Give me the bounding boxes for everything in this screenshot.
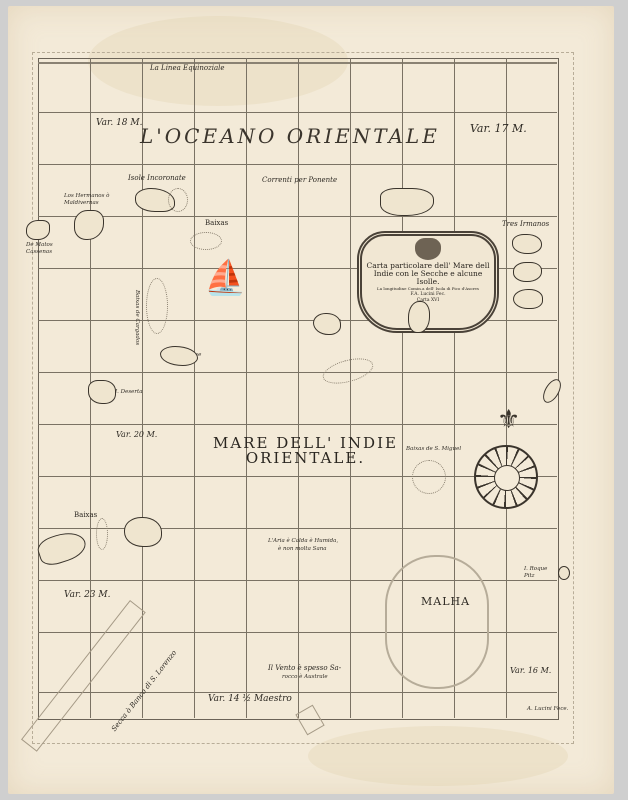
parallel-line — [38, 528, 557, 529]
island-central — [408, 301, 430, 333]
island-cargados — [124, 517, 162, 547]
label-vento: Il Vento è spesso Sa- — [268, 664, 341, 672]
label-aria-calda: L'Aria è Calda è Humida, — [268, 538, 338, 544]
label-vento-2: rocco è Australe — [282, 674, 328, 680]
island-deserta — [88, 380, 116, 404]
ship-icon: ⛵ — [204, 258, 246, 298]
meridian-line — [506, 58, 507, 718]
cartouche-line3: Isolle. — [362, 278, 494, 286]
label-baixas-cargados: Baixas de Cargados — [134, 290, 140, 345]
variation-label: Var. 20 M. — [116, 430, 157, 439]
label-hermanos: Los Hermanos ò Maldivernas — [64, 193, 124, 207]
label-baixas: Baixas — [205, 219, 228, 227]
malha-bank — [385, 555, 489, 689]
label-de-matos: De Matos Cassenas — [26, 242, 62, 256]
engraver-signature: A. Lucini Fece. — [527, 706, 568, 712]
shoal-baixas-left — [96, 518, 108, 550]
label-baixas-s-miguel: Baixas de S. Miguel — [406, 446, 461, 452]
island-tres-irmanos-1 — [512, 234, 542, 254]
compass-rose-icon — [474, 445, 538, 509]
label-deserta: I. Deserta — [115, 389, 143, 395]
sea-name: MARE DELL' INDIE ORIENTALE. — [213, 436, 398, 466]
label-roque-pitz: I. Roque Pitz — [524, 566, 554, 580]
variation-label: Var. 17 M. — [470, 122, 527, 135]
fleur-de-lis-icon: ⚜ — [497, 405, 520, 435]
island-tres-irmanos-3 — [513, 289, 543, 309]
meridian-line — [246, 58, 247, 718]
label-aria-calda-2: è non molta Sana — [278, 546, 327, 552]
parallel-line — [38, 164, 557, 165]
parallel-line — [38, 216, 557, 217]
cartouche-line6: Carta XVI — [362, 298, 494, 304]
label-isole-incoronate: Isole Incoronate — [128, 174, 186, 182]
mascaron-icon — [415, 238, 441, 260]
island-tres-irmanos-2 — [513, 262, 542, 282]
shoal — [168, 188, 188, 212]
sea-name-line2: ORIENTALE. — [213, 451, 398, 466]
variation-label: Var. 16 M. — [510, 666, 551, 675]
variation-label: Var. 14 ½ Maestro — [208, 694, 292, 704]
variation-label: Var. 18 M. — [96, 118, 142, 128]
parallel-line — [38, 692, 557, 693]
island-abrolhos — [313, 313, 341, 335]
meridian-line — [194, 58, 195, 718]
label-correnti: Correnti per Ponente — [262, 176, 337, 184]
parallel-line — [38, 424, 557, 425]
compass-center — [494, 465, 520, 491]
island-sette-irmanos — [380, 188, 434, 216]
label-baixas-left: Baixas — [74, 511, 97, 519]
island-roque-pitz — [558, 566, 570, 580]
meridian-line — [142, 58, 143, 718]
meridian-line — [350, 58, 351, 718]
island-de-matos — [26, 220, 50, 240]
shoal-s-miguel — [412, 460, 446, 494]
parallel-line — [38, 112, 557, 113]
parallel-line — [38, 372, 557, 373]
equator-label: La Linea Equinoziale — [150, 64, 225, 72]
label-tres-irmanos: Tres Irmanos — [502, 220, 549, 228]
meridian-line — [298, 58, 299, 718]
variation-label: Var. 23 M. — [64, 590, 110, 600]
ocean-banner: L'OCEANO ORIENTALE — [140, 124, 440, 148]
shoal-cargados — [146, 278, 168, 334]
shoal-baixas — [190, 232, 222, 250]
